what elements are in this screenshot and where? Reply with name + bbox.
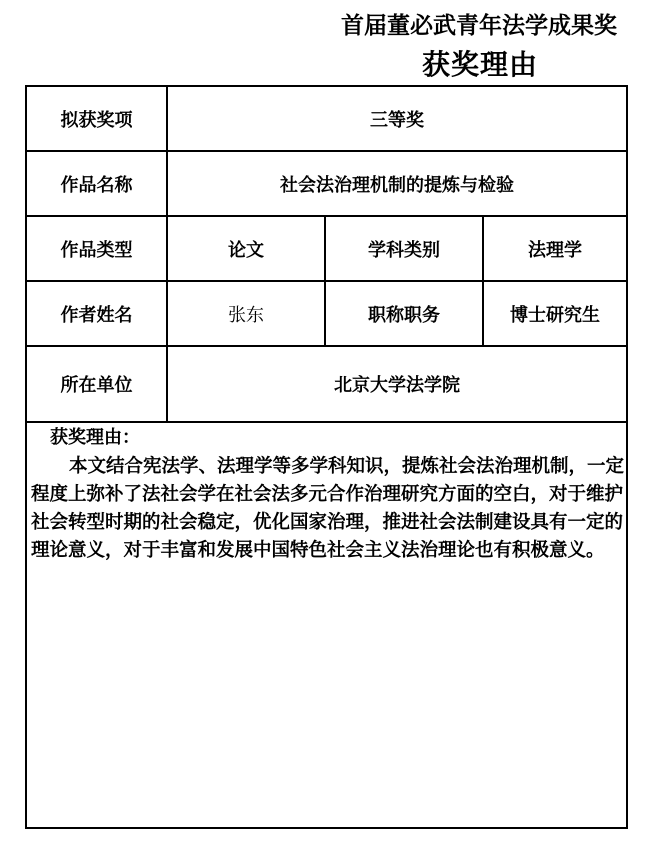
reason-text: 本文结合宪法学、法理学等多学科知识，提炼社会法治理机制，一定程度上弥补了法社会学… bbox=[31, 453, 626, 565]
row-divider bbox=[25, 421, 628, 423]
page-title: 获奖理由 bbox=[380, 45, 580, 85]
title-position-label: 职称职务 bbox=[326, 282, 482, 345]
author-name-value: 张东 bbox=[168, 282, 324, 345]
award-level-value: 三等奖 bbox=[168, 87, 626, 150]
work-title-label: 作品名称 bbox=[27, 152, 166, 215]
author-name-label: 作者姓名 bbox=[27, 282, 166, 345]
discipline-value: 法理学 bbox=[484, 217, 626, 280]
title-position-value: 博士研究生 bbox=[484, 282, 626, 345]
award-level-label: 拟获奖项 bbox=[27, 87, 166, 150]
affiliation-value: 北京大学法学院 bbox=[168, 347, 626, 421]
affiliation-label: 所在单位 bbox=[27, 347, 166, 421]
discipline-label: 学科类别 bbox=[326, 217, 482, 280]
work-type-label: 作品类型 bbox=[27, 217, 166, 280]
reason-heading: 获奖理由： bbox=[50, 426, 140, 450]
work-type-value: 论文 bbox=[168, 217, 324, 280]
award-title: 首届董必武青年法学成果奖 bbox=[300, 10, 658, 42]
work-title-value: 社会法治理机制的提炼与检验 bbox=[168, 152, 626, 215]
